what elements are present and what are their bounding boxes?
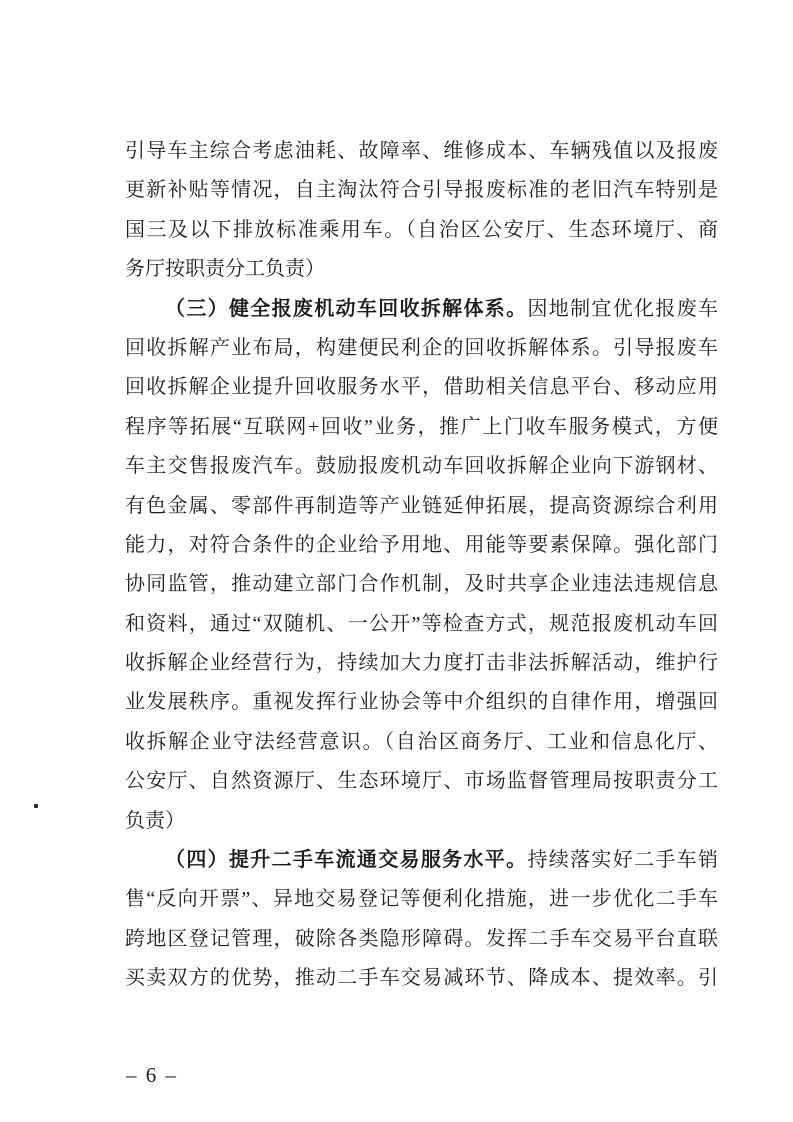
text-line-section-4-heading: （四）提升二手车流通交易服务水平。持续落实好二手车销 bbox=[125, 841, 718, 880]
bold-run: （三）健全报废机动车回收拆解体系。 bbox=[165, 298, 527, 320]
text-run: 收拆解企业守法经营意识。（自治区商务厅、工业和信息化厅、 bbox=[125, 731, 718, 753]
text-line: 回收拆解企业提升回收服务水平，借助相关信息平台、移动应用 bbox=[125, 368, 718, 407]
text-line: 收拆解企业经营行为，持续加大力度打击非法拆解活动，维护行 bbox=[125, 644, 718, 683]
text-line: 业发展秩序。重视发挥行业协会等中介组织的自律作用，增强回 bbox=[125, 683, 718, 722]
text-run: 持续落实好二手车销 bbox=[527, 849, 718, 871]
text-run: 回收拆解企业提升回收服务水平，借助相关信息平台、移动应用 bbox=[125, 376, 718, 398]
text-line: 程序等拓展“互联网+回收”业务，推广上门收车服务模式，方便 bbox=[125, 408, 718, 447]
text-run: 有色金属、零部件再制造等产业链延伸拓展，提高资源综合利用 bbox=[125, 495, 718, 517]
text-run: 负责） bbox=[125, 810, 185, 832]
bold-run: （四）提升二手车流通交易服务水平。 bbox=[165, 849, 527, 871]
text-run: 公安厅、自然资源厅、生态环境厅、市场监督管理局按职责分工 bbox=[125, 770, 718, 792]
text-line: 回收拆解产业布局，构建便民利企的回收拆解体系。引导报废车 bbox=[125, 329, 718, 368]
text-line: 能力，对符合条件的企业给予用地、用能等要素保障。强化部门 bbox=[125, 526, 718, 565]
text-line: 售“反向开票”、异地交易登记等便利化措施，进一步优化二手车 bbox=[125, 880, 718, 919]
text-line: 车主交售报废汽车。鼓励报废机动车回收拆解企业向下游钢材、 bbox=[125, 447, 718, 486]
text-run: 车主交售报废汽车。鼓励报废机动车回收拆解企业向下游钢材、 bbox=[125, 455, 718, 477]
text-line: 引导车主综合考虑油耗、故障率、维修成本、车辆残值以及报废 bbox=[125, 132, 718, 171]
text-run: 能力，对符合条件的企业给予用地、用能等要素保障。强化部门 bbox=[125, 534, 718, 556]
text-line: 公安厅、自然资源厅、生态环境厅、市场监督管理局按职责分工 bbox=[125, 762, 718, 801]
text-line: 有色金属、零部件再制造等产业链延伸拓展，提高资源综合利用 bbox=[125, 487, 718, 526]
text-line-section-3-heading: （三）健全报废机动车回收拆解体系。因地制宜优化报废车 bbox=[125, 290, 718, 329]
text-run: 因地制宜优化报废车 bbox=[527, 298, 718, 320]
text-run: 业发展秩序。重视发挥行业协会等中介组织的自律作用，增强回 bbox=[125, 691, 718, 713]
text-line: 务厅按职责分工负责） bbox=[125, 250, 718, 289]
text-line: 协同监管，推动建立部门合作机制，及时共享企业违法违规信息 bbox=[125, 565, 718, 604]
text-run: 务厅按职责分工负责） bbox=[125, 258, 325, 280]
text-line: 更新补贴等情况，自主淘汰符合引导报废标准的老旧汽车特别是 bbox=[125, 171, 718, 210]
text-run: 更新补贴等情况，自主淘汰符合引导报废标准的老旧汽车特别是 bbox=[125, 179, 718, 201]
text-run: 收拆解企业经营行为，持续加大力度打击非法拆解活动，维护行 bbox=[125, 652, 718, 674]
text-line: 国三及以下排放标准乘用车。（自治区公安厅、生态环境厅、商 bbox=[125, 211, 718, 250]
ink-speck bbox=[34, 804, 38, 808]
text-run: 程序等拓展“互联网+回收”业务，推广上门收车服务模式，方便 bbox=[125, 416, 718, 438]
text-line: 收拆解企业守法经营意识。（自治区商务厅、工业和信息化厅、 bbox=[125, 723, 718, 762]
page-number: – 6 – bbox=[126, 1063, 178, 1088]
text-line: 跨地区登记管理，破除各类隐形障碍。发挥二手车交易平台直联 bbox=[125, 920, 718, 959]
document-body: 引导车主综合考虑油耗、故障率、维修成本、车辆残值以及报废 更新补贴等情况，自主淘… bbox=[125, 132, 718, 999]
text-run: 售“反向开票”、异地交易登记等便利化措施，进一步优化二手车 bbox=[125, 888, 718, 910]
text-run: 和资料，通过“双随机、一公开”等检查方式，规范报废机动车回 bbox=[125, 613, 718, 635]
text-line: 和资料，通过“双随机、一公开”等检查方式，规范报废机动车回 bbox=[125, 605, 718, 644]
text-run: 引导车主综合考虑油耗、故障率、维修成本、车辆残值以及报废 bbox=[125, 140, 718, 162]
text-run: 买卖双方的优势，推动二手车交易减环节、降成本、提效率。引 bbox=[125, 967, 718, 989]
document-page: 引导车主综合考虑油耗、故障率、维修成本、车辆残值以及报废 更新补贴等情况，自主淘… bbox=[0, 0, 793, 1122]
text-line: 买卖双方的优势，推动二手车交易减环节、降成本、提效率。引 bbox=[125, 959, 718, 998]
text-run: 跨地区登记管理，破除各类隐形障碍。发挥二手车交易平台直联 bbox=[125, 928, 718, 950]
text-run: 国三及以下排放标准乘用车。（自治区公安厅、生态环境厅、商 bbox=[125, 219, 718, 241]
text-line: 负责） bbox=[125, 802, 718, 841]
text-run: 协同监管，推动建立部门合作机制，及时共享企业违法违规信息 bbox=[125, 573, 718, 595]
text-run: 回收拆解产业布局，构建便民利企的回收拆解体系。引导报废车 bbox=[125, 337, 718, 359]
